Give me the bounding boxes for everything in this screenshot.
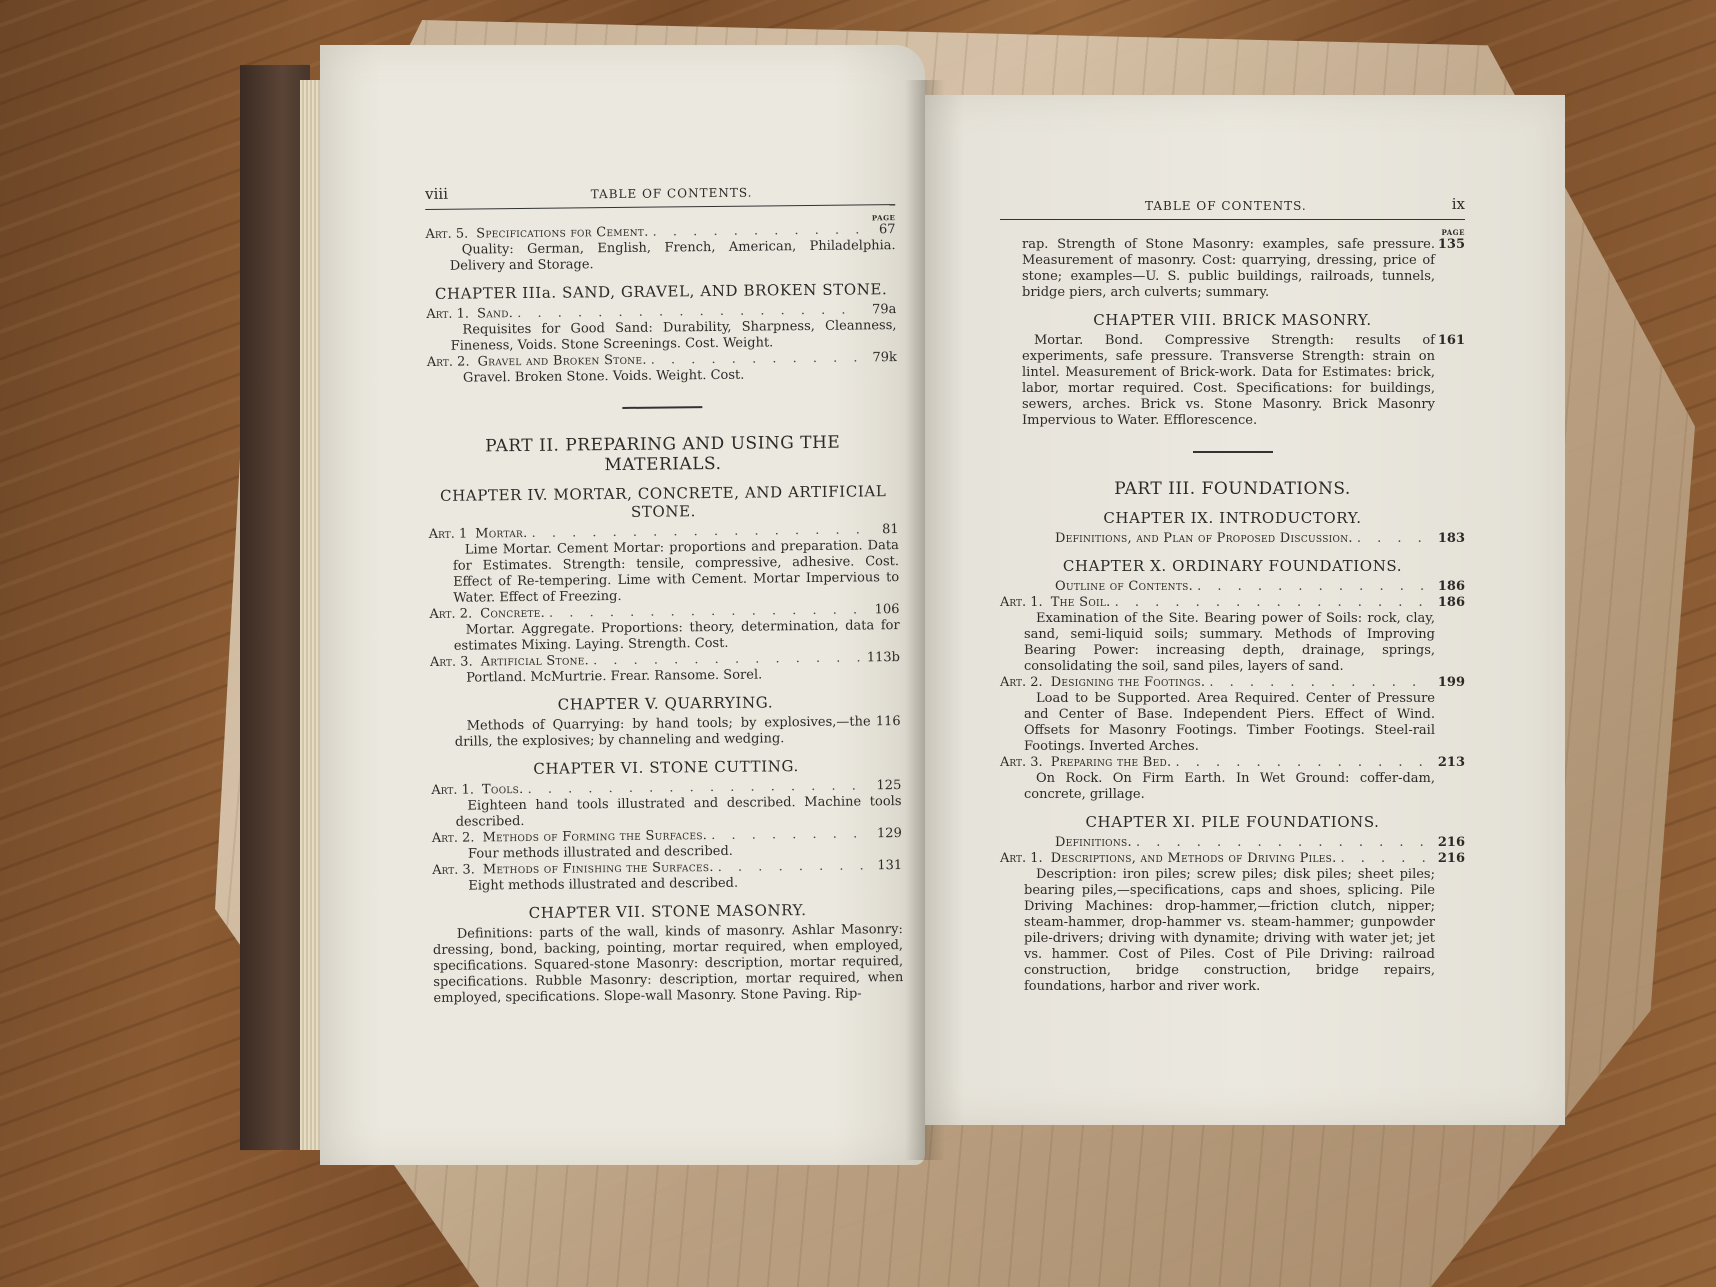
- page-ref: 129: [872, 826, 902, 842]
- toc-entry: Art. 1.Tools.125 Eighteen hand tools ill…: [431, 778, 901, 831]
- article-number: Art. 1: [429, 526, 468, 542]
- dot-leader: [1357, 531, 1431, 547]
- article-number: Art. 2.: [427, 355, 470, 371]
- chapter-heading: CHAPTER VII. STONE MASONRY.: [433, 900, 903, 923]
- right-page: TABLE OF CONTENTS. ix PAGE rap. Strength…: [925, 95, 1565, 1125]
- article-number: Art. 1.: [426, 307, 469, 323]
- article-description: On Rock. On Firm Earth. In Wet Ground: c…: [1000, 771, 1465, 803]
- page-ref: 186: [1435, 579, 1465, 595]
- dot-leader: [651, 350, 863, 368]
- page-ref: 79a: [866, 302, 896, 318]
- article-title: Tools.: [482, 782, 524, 798]
- toc-entry: Art. 2.Concrete.106 Mortar. Aggregate. P…: [429, 602, 899, 655]
- section-divider: [1193, 451, 1273, 453]
- page-ref: 216: [1435, 851, 1465, 867]
- entry-title: Outline of Contents.: [1055, 579, 1193, 595]
- article-description: Mortar. Aggregate. Proportions: theory, …: [430, 618, 900, 655]
- chapter-heading: CHAPTER VI. STONE CUTTING.: [431, 756, 901, 779]
- article-number: Art. 2.: [1000, 675, 1043, 691]
- toc-entry: Outline of Contents.186: [1000, 579, 1465, 595]
- toc-entry: Art. 2.Designing the Footings.199 Load t…: [1000, 675, 1465, 755]
- toc-entry: Art. 1.Descriptions, and Methods of Driv…: [1000, 851, 1465, 995]
- toc-entry: Art. 2.Gravel and Broken Stone.79k Grave…: [427, 350, 897, 387]
- dot-leader: [1136, 835, 1431, 851]
- chapter-description: Methods of Quarrying: by hand tools; by …: [431, 714, 871, 751]
- chapter-description: Mortar. Bond. Compressive Strength: resu…: [1022, 333, 1435, 429]
- page-ref: 131: [872, 858, 902, 874]
- toc-entry: Art. 2.Methods of Forming the Surfaces.1…: [432, 826, 902, 863]
- dot-leader: [1197, 579, 1431, 595]
- toc-entry: Art. 3.Artificial Stone.113b Portland. M…: [430, 650, 900, 687]
- page-ref: 106: [869, 602, 899, 618]
- article-title: Artificial Stone.: [481, 653, 590, 670]
- chapter-heading: CHAPTER IIIa. SAND, GRAVEL, AND BROKEN S…: [426, 280, 896, 303]
- toc-entry: Art. 3.Methods of Finishing the Surfaces…: [432, 858, 902, 895]
- article-number: Art. 3.: [1000, 755, 1043, 771]
- toc-entry: Art. 5.Specifications for Cement.67 Qual…: [425, 222, 895, 275]
- article-title: The Soil.: [1051, 595, 1111, 611]
- dot-leader: [1115, 595, 1431, 611]
- chapter-heading: CHAPTER VIII. BRICK MASONRY.: [1000, 311, 1465, 329]
- page-number-folio: ix: [1452, 195, 1465, 213]
- page-column-label: PAGE: [1000, 228, 1465, 237]
- dot-leader: [1209, 675, 1431, 691]
- article-description: Lime Mortar. Cement Mortar: proportions …: [429, 538, 900, 607]
- page-ref: 213: [1435, 755, 1465, 771]
- article-title: Methods of Forming the Surfaces.: [482, 828, 707, 846]
- article-number: Art. 1.: [431, 782, 474, 798]
- left-running-head: viii TABLE OF CONTENTS.: [425, 180, 895, 210]
- page-ref: 67: [865, 222, 895, 238]
- article-number: Art. 1.: [1000, 851, 1043, 867]
- article-title: Preparing the Bed.: [1051, 755, 1172, 771]
- toc-entry: Art. 1Mortar.81 Lime Mortar. Cement Mort…: [429, 522, 900, 607]
- article-number: Art. 2.: [429, 606, 472, 622]
- toc-entry: rap. Strength of Stone Masonry: examples…: [1000, 237, 1465, 301]
- article-description: Load to be Supported. Area Required. Cen…: [1000, 691, 1465, 755]
- article-title: Sand.: [477, 306, 513, 322]
- entry-title: Definitions.: [1055, 835, 1132, 851]
- chapter-heading: CHAPTER XI. PILE FOUNDATIONS.: [1000, 813, 1465, 831]
- dot-leader: [593, 650, 863, 669]
- right-page-content: TABLE OF CONTENTS. ix PAGE rap. Strength…: [1000, 195, 1465, 995]
- toc-entry: Mortar. Bond. Compressive Strength: resu…: [1000, 333, 1465, 429]
- article-title: Designing the Footings.: [1051, 675, 1206, 691]
- toc-entry: Art. 1.Sand.79a Requisites for Good Sand…: [426, 302, 896, 355]
- page-ref: 81: [869, 522, 899, 538]
- article-description: Quality: German, English, French, Americ…: [426, 238, 896, 275]
- article-title: Descriptions, and Methods of Driving Pil…: [1051, 851, 1337, 867]
- part-heading: PART III. FOUNDATIONS.: [1000, 479, 1465, 499]
- right-running-head: TABLE OF CONTENTS. ix: [1000, 195, 1465, 220]
- dot-leader: [1175, 755, 1431, 771]
- article-number: Art. 3.: [430, 654, 473, 670]
- toc-entry: Definitions, and Plan of Proposed Discus…: [1000, 531, 1465, 547]
- article-number: Art. 5.: [425, 227, 468, 243]
- article-description: Description: iron piles; screw piles; di…: [1000, 867, 1465, 995]
- page-ref: 79k: [867, 350, 897, 366]
- article-description: Eighteen hand tools illustrated and desc…: [431, 794, 901, 831]
- chapter-heading: CHAPTER IX. INTRODUCTORY.: [1000, 509, 1465, 527]
- entry-title: Definitions, and Plan of Proposed Discus…: [1055, 531, 1353, 547]
- toc-entry: Art. 3.Preparing the Bed.213 On Rock. On…: [1000, 755, 1465, 803]
- toc-entry: Definitions.216: [1000, 835, 1465, 851]
- article-description: Requisites for Good Sand: Durability, Sh…: [426, 318, 896, 355]
- running-head-title: TABLE OF CONTENTS.: [1000, 199, 1452, 213]
- running-head-title: TABLE OF CONTENTS.: [448, 184, 895, 203]
- article-title: Mortar.: [475, 525, 527, 542]
- toc-entry: Art. 1.The Soil.186 Examination of the S…: [1000, 595, 1465, 675]
- chapter-heading: CHAPTER IV. MORTAR, CONCRETE, AND ARTIFI…: [428, 482, 898, 523]
- chapter-heading: CHAPTER X. ORDINARY FOUNDATIONS.: [1000, 557, 1465, 575]
- page-ref: 125: [871, 778, 901, 794]
- toc-entry: Methods of Quarrying: by hand tools; by …: [431, 714, 901, 751]
- page-ref: 186: [1435, 595, 1465, 611]
- section-divider: [622, 406, 702, 408]
- page-number-folio: viii: [425, 185, 448, 203]
- part-heading: PART II. PREPARING AND USING THE MATERIA…: [428, 432, 898, 477]
- left-page: viii TABLE OF CONTENTS. PAGE Art. 5.Spec…: [320, 45, 925, 1165]
- article-title: Gravel and Broken Stone.: [477, 353, 646, 371]
- left-page-content: viii TABLE OF CONTENTS. PAGE Art. 5.Spec…: [425, 180, 904, 1006]
- page-ref: 116: [871, 714, 901, 730]
- article-title: Concrete.: [480, 605, 545, 622]
- page-ref: 113b: [867, 650, 900, 666]
- page-ref: 161: [1435, 333, 1465, 349]
- dot-leader: [1341, 851, 1431, 867]
- chapter-description: rap. Strength of Stone Masonry: examples…: [1022, 237, 1435, 301]
- article-number: Art. 3.: [432, 862, 475, 878]
- chapter-heading: CHAPTER V. QUARRYING.: [430, 692, 900, 715]
- dot-leader: [718, 858, 869, 876]
- page-ref: 183: [1435, 531, 1465, 547]
- article-number: Art. 1.: [1000, 595, 1043, 611]
- article-title: Specifications for Cement.: [476, 225, 649, 243]
- article-description: Examination of the Site. Bearing power o…: [1000, 611, 1465, 675]
- chapter-description: Definitions: parts of the wall, kinds of…: [433, 922, 904, 1007]
- article-title: Methods of Finishing the Surfaces.: [483, 860, 714, 878]
- dot-leader: [711, 826, 868, 844]
- article-number: Art. 2.: [432, 830, 475, 846]
- page-ref: 135: [1435, 237, 1465, 253]
- page-ref: 216: [1435, 835, 1465, 851]
- page-ref: 199: [1435, 675, 1465, 691]
